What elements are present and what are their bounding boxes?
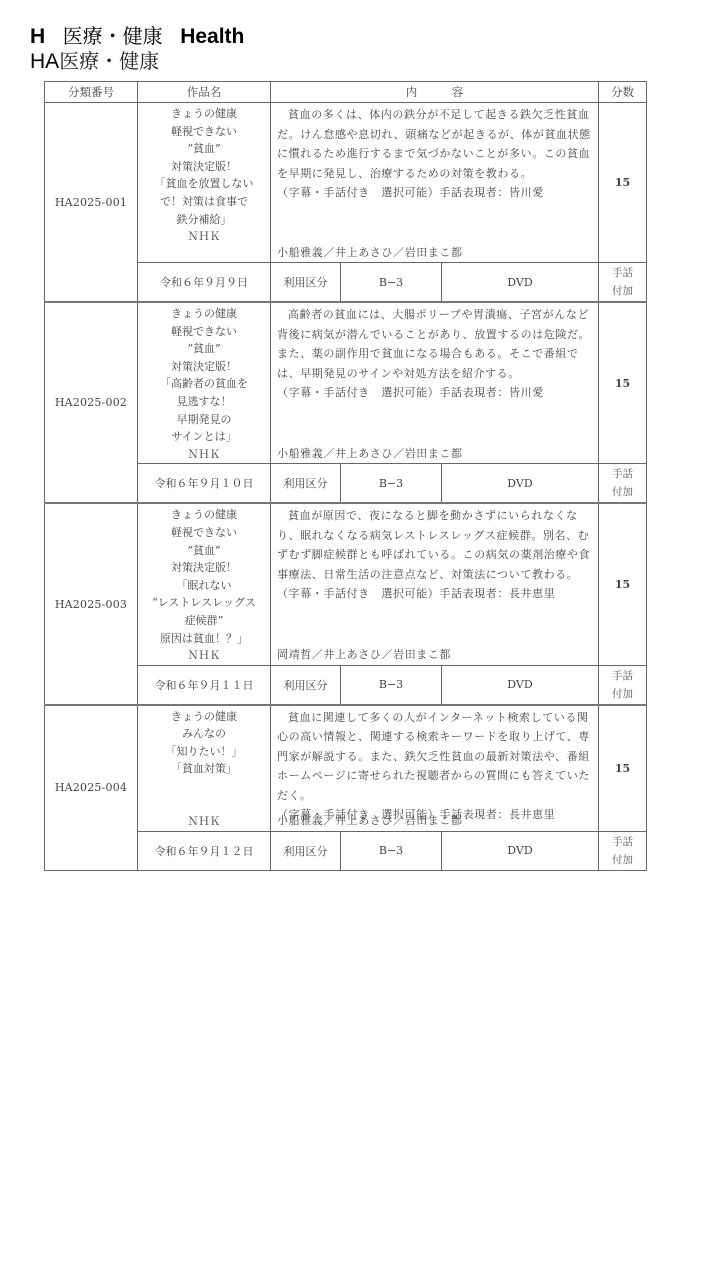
item-date: 令和６年９月１０日 <box>138 464 271 504</box>
title-line: きょうの健康 <box>138 105 270 123</box>
item-id: HA2025-004 <box>45 705 138 871</box>
usage-code: B−3 <box>341 464 442 504</box>
title-line: 早期発見の <box>138 411 270 429</box>
title-line: 軽視できない <box>138 323 270 341</box>
usage-label: 利用区分 <box>271 464 341 504</box>
sign-language-badge: 手話付加 <box>599 831 647 870</box>
item-note: （字幕・手話付き 選択可能）手話表現者：長井恵里 <box>277 584 594 604</box>
title-line: ＮＨＫ <box>138 228 270 246</box>
item-minutes: 15 <box>599 302 647 464</box>
title-line: 「眠れない <box>138 577 270 595</box>
sign-language-badge: 手話付加 <box>599 464 647 504</box>
title-line: 対策決定版！ <box>138 559 270 577</box>
media-type: DVD <box>442 464 599 504</box>
item-staff: 小船雅義／井上あさひ／岩田まこ都 <box>277 811 463 831</box>
table-header-row: 分類番号 作品名 内 容 分数 <box>45 82 647 103</box>
sign-language-badge: 手話付加 <box>599 263 647 303</box>
subsection-title: 医療・健康 <box>59 49 159 73</box>
table-row: HA2025-003 きょうの健康軽視できない“貧血”対策決定版！「眠れない“レ… <box>45 503 647 665</box>
item-title: きょうの健康軽視できない“貧血”対策決定版！「貧血を放置しないで！対策は食事で鉄… <box>138 103 271 263</box>
table-row: HA2025-002 きょうの健康軽視できない“貧血”対策決定版！「高齢者の貧血… <box>45 302 647 464</box>
item-note: （字幕・手話付き 選択可能）手話表現者：皆川愛 <box>277 383 594 403</box>
item-id: HA2025-002 <box>45 302 138 503</box>
item-staff: 小船雅義／井上あさひ／岩田まこ都 <box>277 444 463 464</box>
usage-code: B−3 <box>341 831 442 870</box>
catalog-table: 分類番号 作品名 内 容 分数 HA2025-001 きょうの健康軽視できない“… <box>44 81 647 871</box>
title-line: 原因は貧血！？」 <box>138 630 270 648</box>
item-description: 高齢者の貧血には、大腸ポリープや胃潰瘍、子宮がんなど背後に病気が潜んでいることが… <box>277 305 594 383</box>
item-description: 貧血に関連して多くの人がインターネット検索している関心の高い情報と、関連する検索… <box>277 708 594 806</box>
item-minutes: 15 <box>599 103 647 263</box>
item-date: 令和６年９月１２日 <box>138 831 271 870</box>
media-type: DVD <box>442 665 599 705</box>
title-line: 「貧血を放置しない <box>138 175 270 193</box>
item-description-cell: 貧血が原因で、夜になると脚を動かさずにいられなくなり、眠れなくなる病気レストレス… <box>271 503 599 665</box>
usage-label: 利用区分 <box>271 665 341 705</box>
subsection-heading: HA医療・健康 <box>30 45 159 74</box>
table-row: HA2025-004 きょうの健康みんなの「知りたい！」「貧血対策」 ＮＨＫ 貧… <box>45 705 647 832</box>
subsection-code: HA <box>30 50 59 73</box>
table-row: HA2025-001 きょうの健康軽視できない“貧血”対策決定版！「貧血を放置し… <box>45 103 647 263</box>
title-line: 症候群” <box>138 612 270 630</box>
item-date: 令和６年９月１１日 <box>138 665 271 705</box>
item-staff: 岡靖哲／井上あさひ／岩田まこ都 <box>277 645 451 665</box>
media-type: DVD <box>442 263 599 303</box>
col-header-title: 作品名 <box>138 82 271 103</box>
item-id: HA2025-003 <box>45 503 138 704</box>
item-minutes: 15 <box>599 503 647 665</box>
title-line: みんなの <box>138 725 270 743</box>
title-line: 鉄分補給」 <box>138 211 270 229</box>
col-header-content: 内 容 <box>271 82 599 103</box>
col-header-minutes: 分数 <box>599 82 647 103</box>
col-header-id: 分類番号 <box>45 82 138 103</box>
title-line: サインとは」 <box>138 428 270 446</box>
title-line <box>138 778 270 796</box>
usage-code: B−3 <box>341 263 442 303</box>
title-line: 見逃すな！ <box>138 393 270 411</box>
title-line <box>138 796 270 814</box>
item-description: 貧血が原因で、夜になると脚を動かさずにいられなくなり、眠れなくなる病気レストレス… <box>277 506 594 584</box>
title-line: 「知りたい！」 <box>138 743 270 761</box>
title-line: “レストレスレッグス <box>138 594 270 612</box>
item-note: （字幕・手話付き 選択可能）手話表現者：皆川愛 <box>277 183 594 203</box>
sign-language-badge: 手話付加 <box>599 665 647 705</box>
title-line: ＮＨＫ <box>138 647 270 665</box>
item-description-cell: 貧血の多くは、体内の鉄分が不足して起きる鉄欠乏性貧血だ。けん怠感や息切れ、頭痛な… <box>271 103 599 263</box>
title-line: で！対策は食事で <box>138 193 270 211</box>
item-description-cell: 貧血に関連して多くの人がインターネット検索している関心の高い情報と、関連する検索… <box>271 705 599 832</box>
title-line: ＮＨＫ <box>138 813 270 831</box>
title-line: “貧血” <box>138 340 270 358</box>
title-line: きょうの健康 <box>138 708 270 726</box>
media-type: DVD <box>442 831 599 870</box>
item-staff: 小船雅義／井上あさひ／岩田まこ都 <box>277 243 463 263</box>
section-title-en: Health <box>180 25 244 48</box>
title-line: きょうの健康 <box>138 305 270 323</box>
title-line: 「貧血対策」 <box>138 760 270 778</box>
title-line: 対策決定版！ <box>138 158 270 176</box>
item-description-cell: 高齢者の貧血には、大腸ポリープや胃潰瘍、子宮がんなど背後に病気が潜んでいることが… <box>271 302 599 464</box>
title-line: きょうの健康 <box>138 506 270 524</box>
item-title: きょうの健康みんなの「知りたい！」「貧血対策」 ＮＨＫ <box>138 705 271 832</box>
item-title: きょうの健康軽視できない“貧血”対策決定版！「眠れない“レストレスレッグス症候群… <box>138 503 271 665</box>
item-minutes: 15 <box>599 705 647 832</box>
usage-label: 利用区分 <box>271 263 341 303</box>
title-line: 「高齢者の貧血を <box>138 375 270 393</box>
item-date: 令和６年９月９日 <box>138 263 271 303</box>
item-title: きょうの健康軽視できない“貧血”対策決定版！「高齢者の貧血を見逃すな！早期発見の… <box>138 302 271 464</box>
title-line: 軽視できない <box>138 524 270 542</box>
usage-code: B−3 <box>341 665 442 705</box>
title-line: “貧血” <box>138 542 270 560</box>
item-description: 貧血の多くは、体内の鉄分が不足して起きる鉄欠乏性貧血だ。けん怠感や息切れ、頭痛な… <box>277 105 594 183</box>
title-line: 対策決定版！ <box>138 358 270 376</box>
usage-label: 利用区分 <box>271 831 341 870</box>
title-line: 軽視できない <box>138 123 270 141</box>
title-line: “貧血” <box>138 140 270 158</box>
item-id: HA2025-001 <box>45 103 138 303</box>
title-line: ＮＨＫ <box>138 446 270 464</box>
